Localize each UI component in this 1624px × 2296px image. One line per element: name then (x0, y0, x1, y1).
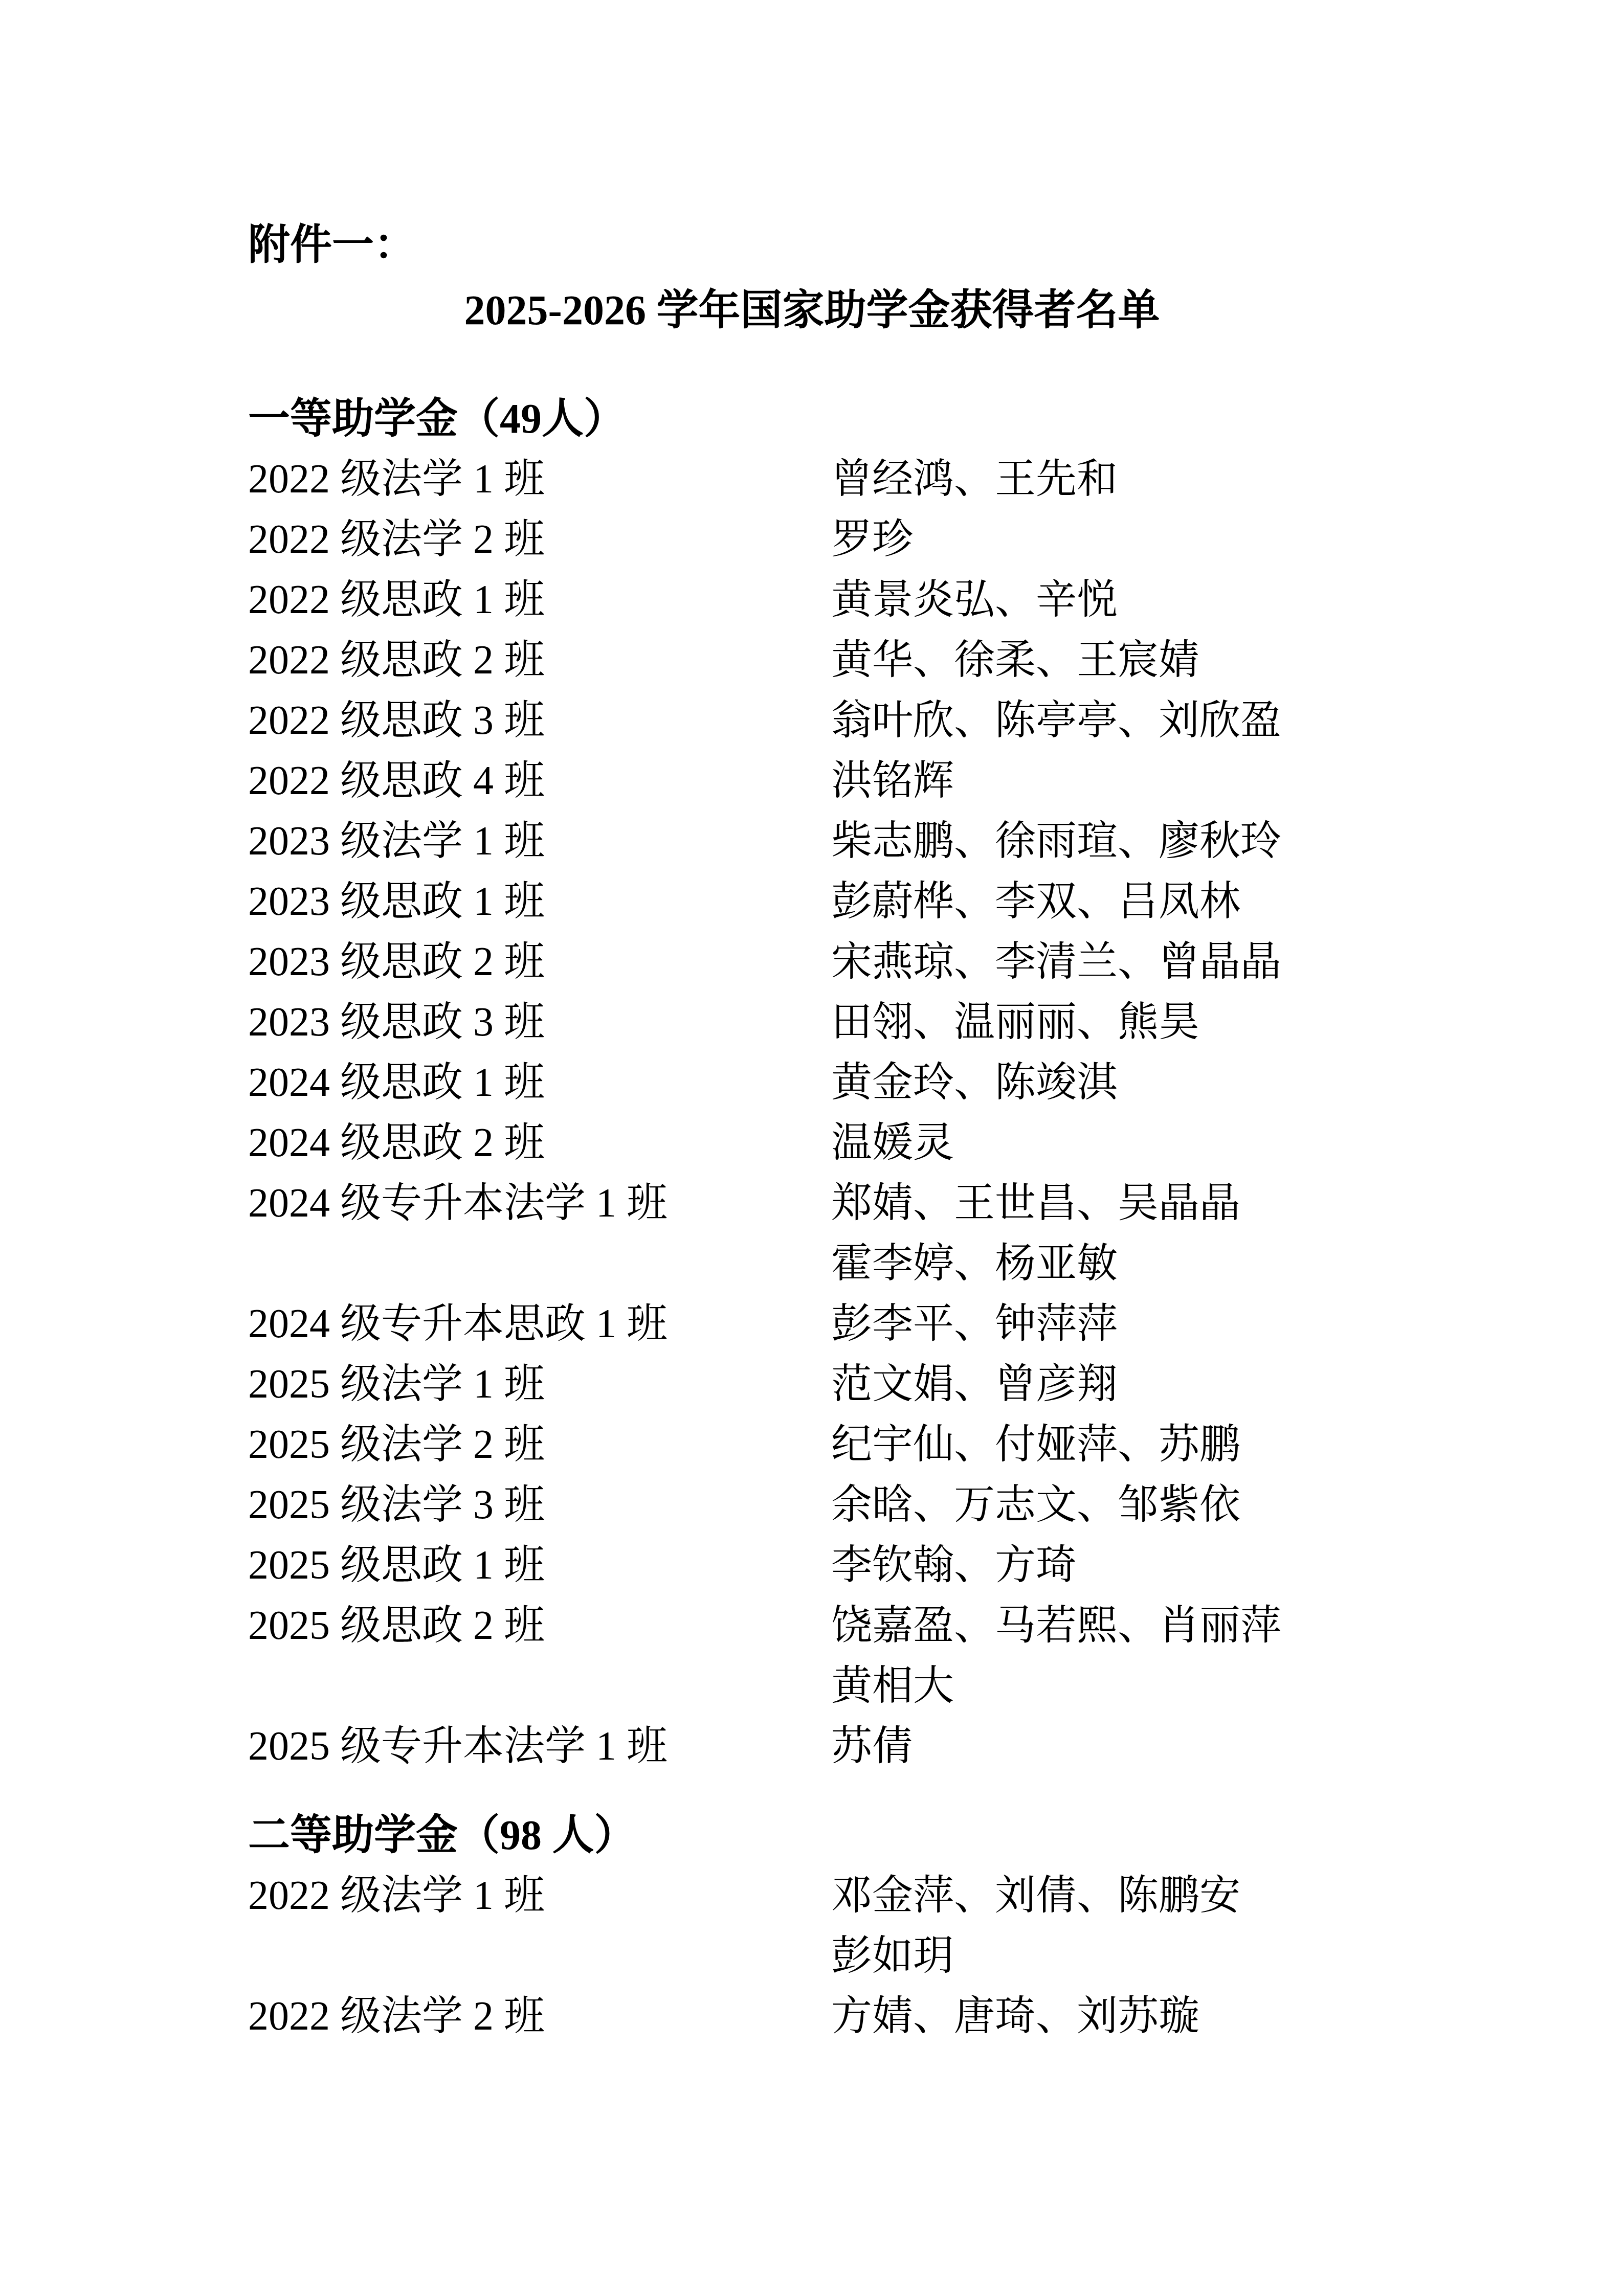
recipient-names-cell: 彭蔚桦、李双、吕凤林 (831, 871, 1240, 932)
class-name-cell: 2023 级思政 2 班 (248, 932, 831, 992)
section-heading-grade2: 二等助学金（98 人） (248, 1805, 1376, 1865)
recipient-names-cell: 余晗、万志文、邹紫依 (831, 1475, 1240, 1535)
grade2-recipient-list: 2022 级法学 1 班邓金萍、刘倩、陈鹏安彭如玥2022 级法学 2 班方婧、… (248, 1865, 1376, 2046)
recipient-names-cell: 宋燕琼、李清兰、曾晶晶 (831, 932, 1281, 992)
class-name-cell: 2022 级思政 3 班 (248, 690, 831, 751)
list-row: 2025 级思政 1 班李钦翰、方琦 (248, 1535, 1376, 1595)
list-row: 2023 级思政 3 班田翎、温丽丽、熊昊 (248, 992, 1376, 1052)
class-name-cell: 2025 级思政 1 班 (248, 1535, 831, 1595)
recipient-names-cell: 洪铭辉 (831, 751, 954, 811)
document-title: 2025-2026 学年国家助学金获得者名单 (248, 280, 1376, 341)
recipient-names-line: 黄金玲、陈竣淇 (831, 1052, 1118, 1113)
list-row: 2023 级思政 1 班彭蔚桦、李双、吕凤林 (248, 871, 1376, 932)
recipient-names-cell: 田翎、温丽丽、熊昊 (831, 992, 1199, 1052)
class-name-cell: 2022 级思政 1 班 (248, 570, 831, 630)
section-heading-grade1: 一等助学金（49人） (248, 389, 1376, 449)
recipient-names-cell: 黄景炎弘、辛悦 (831, 570, 1118, 630)
recipient-names-line: 温媛灵 (831, 1113, 954, 1173)
class-name-cell: 2025 级法学 3 班 (248, 1475, 831, 1535)
list-row: 2022 级思政 4 班洪铭辉 (248, 751, 1376, 811)
grade1-recipient-list: 2022 级法学 1 班曾经鸿、王先和2022 级法学 2 班罗珍2022 级思… (248, 449, 1376, 1776)
recipient-names-cell: 郑婧、王世昌、吴晶晶霍李婷、杨亚敏 (831, 1173, 1240, 1294)
recipient-names-line: 罗珍 (831, 509, 913, 570)
recipient-names-line: 方婧、唐琦、刘苏璇 (831, 1986, 1199, 2046)
recipient-names-cell: 纪宇仙、付娅萍、苏鹏 (831, 1414, 1240, 1475)
recipient-names-line: 霍李婷、杨亚敏 (831, 1233, 1240, 1294)
recipient-names-line: 苏倩 (831, 1716, 913, 1776)
recipient-names-line: 郑婧、王世昌、吴晶晶 (831, 1173, 1240, 1233)
recipient-names-line: 范文娟、曾彦翔 (831, 1354, 1118, 1414)
recipient-names-cell: 苏倩 (831, 1716, 913, 1776)
recipient-names-line: 田翎、温丽丽、熊昊 (831, 992, 1199, 1052)
class-name-cell: 2023 级思政 3 班 (248, 992, 831, 1052)
list-row: 2025 级思政 2 班饶嘉盈、马若熙、肖丽萍黄相大 (248, 1595, 1376, 1716)
recipient-names-line: 饶嘉盈、马若熙、肖丽萍 (831, 1595, 1281, 1656)
recipient-names-line: 彭蔚桦、李双、吕凤林 (831, 871, 1240, 932)
list-row: 2022 级法学 2 班罗珍 (248, 509, 1376, 570)
recipient-names-line: 李钦翰、方琦 (831, 1535, 1077, 1595)
list-row: 2024 级专升本思政 1 班彭李平、钟萍萍 (248, 1294, 1376, 1354)
class-name-cell: 2023 级法学 1 班 (248, 811, 831, 871)
recipient-names-line: 翁叶欣、陈亭亭、刘欣盈 (831, 690, 1281, 751)
recipient-names-line: 柴志鹏、徐雨瑄、廖秋玲 (831, 811, 1281, 871)
recipient-names-cell: 李钦翰、方琦 (831, 1535, 1077, 1595)
recipient-names-cell: 黄华、徐柔、王宸婧 (831, 630, 1199, 690)
class-name-cell: 2022 级思政 4 班 (248, 751, 831, 811)
class-name-cell: 2022 级思政 2 班 (248, 630, 831, 690)
list-row: 2025 级法学 3 班余晗、万志文、邹紫依 (248, 1475, 1376, 1535)
recipient-names-line: 彭李平、钟萍萍 (831, 1294, 1118, 1354)
recipient-names-cell: 方婧、唐琦、刘苏璇 (831, 1986, 1199, 2046)
recipient-names-line: 黄景炎弘、辛悦 (831, 570, 1118, 630)
recipient-names-cell: 范文娟、曾彦翔 (831, 1354, 1118, 1414)
recipient-names-line: 洪铭辉 (831, 751, 954, 811)
recipient-names-line: 纪宇仙、付娅萍、苏鹏 (831, 1414, 1240, 1475)
class-name-cell: 2023 级思政 1 班 (248, 871, 831, 932)
list-row: 2025 级法学 1 班范文娟、曾彦翔 (248, 1354, 1376, 1414)
class-name-cell: 2022 级法学 1 班 (248, 1865, 831, 1926)
class-name-cell: 2024 级专升本法学 1 班 (248, 1173, 831, 1233)
recipient-names-line: 宋燕琼、李清兰、曾晶晶 (831, 932, 1281, 992)
class-name-cell: 2022 级法学 1 班 (248, 449, 831, 509)
document-page: 附件一： 2025-2026 学年国家助学金获得者名单 一等助学金（49人） 2… (0, 0, 1624, 2296)
class-name-cell: 2024 级思政 1 班 (248, 1052, 831, 1113)
recipient-names-line: 曾经鸿、王先和 (831, 449, 1118, 509)
recipient-names-line: 黄相大 (831, 1656, 1281, 1716)
list-row: 2025 级法学 2 班纪宇仙、付娅萍、苏鹏 (248, 1414, 1376, 1475)
class-name-cell: 2025 级专升本法学 1 班 (248, 1716, 831, 1776)
recipient-names-cell: 曾经鸿、王先和 (831, 449, 1118, 509)
list-row: 2022 级思政 3 班翁叶欣、陈亭亭、刘欣盈 (248, 690, 1376, 751)
list-row: 2024 级思政 2 班温媛灵 (248, 1113, 1376, 1173)
class-name-cell: 2024 级专升本思政 1 班 (248, 1294, 831, 1354)
recipient-names-line: 黄华、徐柔、王宸婧 (831, 630, 1199, 690)
list-row: 2022 级思政 2 班黄华、徐柔、王宸婧 (248, 630, 1376, 690)
list-row: 2025 级专升本法学 1 班苏倩 (248, 1716, 1376, 1776)
class-name-cell: 2025 级思政 2 班 (248, 1595, 831, 1656)
list-row: 2022 级思政 1 班黄景炎弘、辛悦 (248, 570, 1376, 630)
class-name-cell: 2024 级思政 2 班 (248, 1113, 831, 1173)
class-name-cell: 2025 级法学 2 班 (248, 1414, 831, 1475)
list-row: 2024 级思政 1 班黄金玲、陈竣淇 (248, 1052, 1376, 1113)
recipient-names-cell: 彭李平、钟萍萍 (831, 1294, 1118, 1354)
recipient-names-cell: 柴志鹏、徐雨瑄、廖秋玲 (831, 811, 1281, 871)
list-row: 2023 级法学 1 班柴志鹏、徐雨瑄、廖秋玲 (248, 811, 1376, 871)
list-row: 2024 级专升本法学 1 班郑婧、王世昌、吴晶晶霍李婷、杨亚敏 (248, 1173, 1376, 1294)
list-row: 2022 级法学 2 班方婧、唐琦、刘苏璇 (248, 1986, 1376, 2046)
recipient-names-cell: 邓金萍、刘倩、陈鹏安彭如玥 (831, 1865, 1240, 1986)
list-row: 2022 级法学 1 班曾经鸿、王先和 (248, 449, 1376, 509)
recipient-names-cell: 罗珍 (831, 509, 913, 570)
recipient-names-line: 彭如玥 (831, 1926, 1240, 1986)
recipient-names-cell: 饶嘉盈、马若熙、肖丽萍黄相大 (831, 1595, 1281, 1716)
class-name-cell: 2025 级法学 1 班 (248, 1354, 831, 1414)
recipient-names-cell: 黄金玲、陈竣淇 (831, 1052, 1118, 1113)
list-row: 2023 级思政 2 班宋燕琼、李清兰、曾晶晶 (248, 932, 1376, 992)
recipient-names-cell: 温媛灵 (831, 1113, 954, 1173)
recipient-names-line: 邓金萍、刘倩、陈鹏安 (831, 1865, 1240, 1926)
class-name-cell: 2022 级法学 2 班 (248, 509, 831, 570)
recipient-names-line: 余晗、万志文、邹紫依 (831, 1475, 1240, 1535)
class-name-cell: 2022 级法学 2 班 (248, 1986, 831, 2046)
list-row: 2022 级法学 1 班邓金萍、刘倩、陈鹏安彭如玥 (248, 1865, 1376, 1986)
attachment-label: 附件一： (248, 215, 1376, 275)
recipient-names-cell: 翁叶欣、陈亭亭、刘欣盈 (831, 690, 1281, 751)
